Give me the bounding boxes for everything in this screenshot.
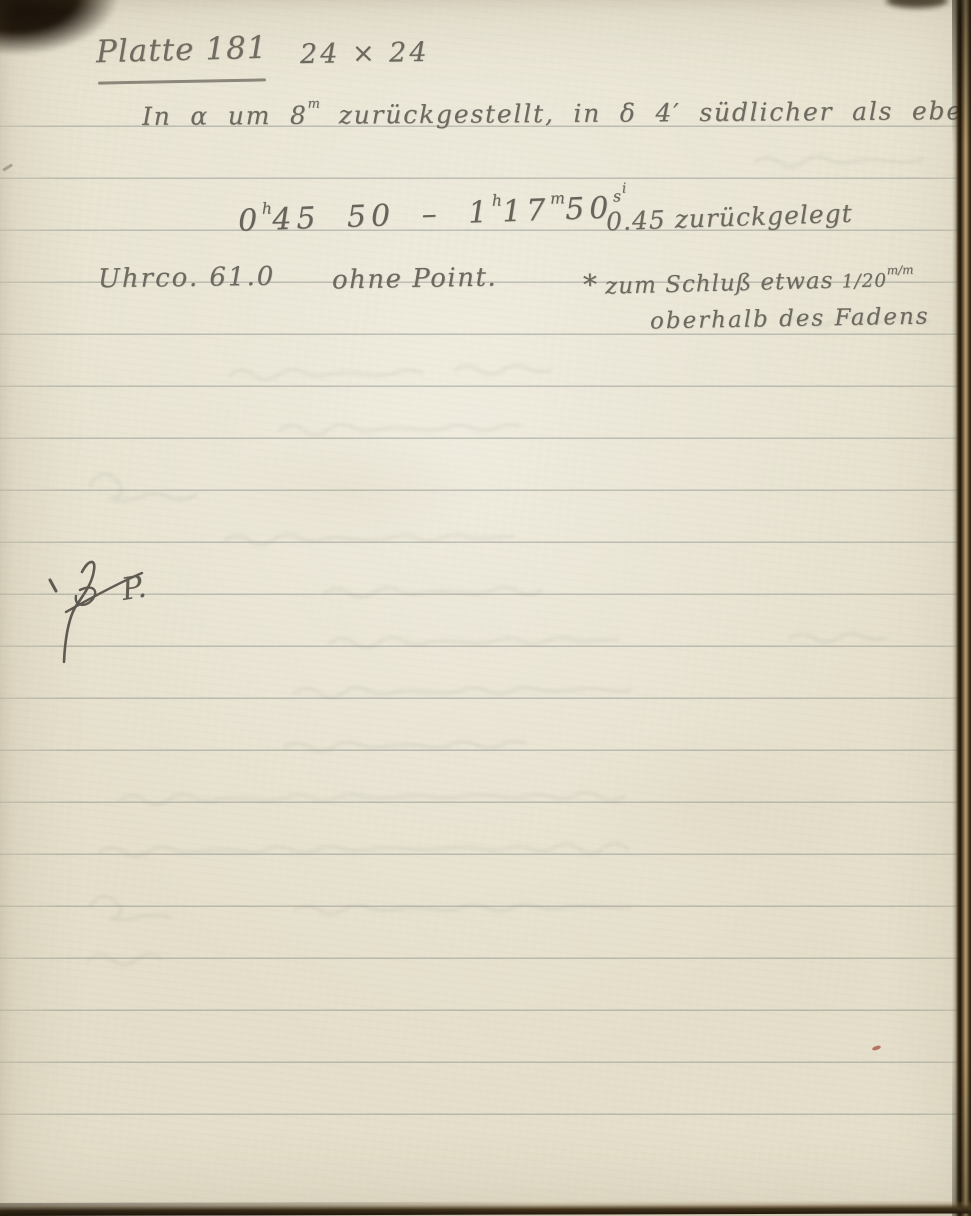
decimal-with-superscript: .i (622, 206, 632, 235)
monogram-flourish (64, 562, 94, 662)
unit-superscript: i (622, 181, 628, 197)
signature-initial: P. (118, 569, 149, 609)
notebook-page: Platte 181 24 × 24 In α um 8m zurückgest… (0, 0, 971, 1216)
book-edge-right (952, 0, 971, 1216)
start-min-sec: 45 50 (272, 198, 396, 237)
telescope-position-note: In α um 8m zurückgestellt, in δ 4′ südli… (142, 92, 971, 131)
end-hour: 1 (468, 195, 493, 231)
minute-superscript: m (550, 189, 565, 208)
position-note-text: zurückgestellt, in δ 4′ südlicher als eb… (320, 96, 971, 130)
observer-monogram: P. (36, 550, 186, 675)
second-superscript: s (613, 187, 622, 205)
tick-mark (50, 580, 56, 591)
position-note-text: In α um 8 (142, 101, 308, 131)
clock-correction: Uhrco. 61.0 (98, 262, 276, 294)
binding-shadow-top-left (0, 0, 120, 56)
fraction-value: 1/20 (842, 270, 888, 292)
plate-number-heading: Platte 181 (96, 30, 268, 70)
star-note-line2: oberhalb des Fadens (650, 304, 930, 335)
page-edge-bottom (0, 1200, 971, 1216)
mm-unit-superscript: m/m (887, 263, 914, 278)
star-mark-icon: * (583, 268, 599, 301)
traversed-value: 0 (606, 207, 624, 237)
pointing-note: ohne Point. (332, 263, 498, 296)
paper-stain (220, 430, 480, 550)
plate-format: 24 × 24 (300, 37, 430, 70)
range-dash: – (421, 197, 442, 233)
star-note-text: zum Schluß etwas (605, 268, 834, 300)
paper-stain (560, 720, 880, 880)
end-minutes: 17 (502, 193, 551, 230)
minutes-superscript: m (308, 97, 320, 112)
start-hour: 0 (238, 203, 263, 239)
decimal-dot: . (622, 206, 632, 235)
